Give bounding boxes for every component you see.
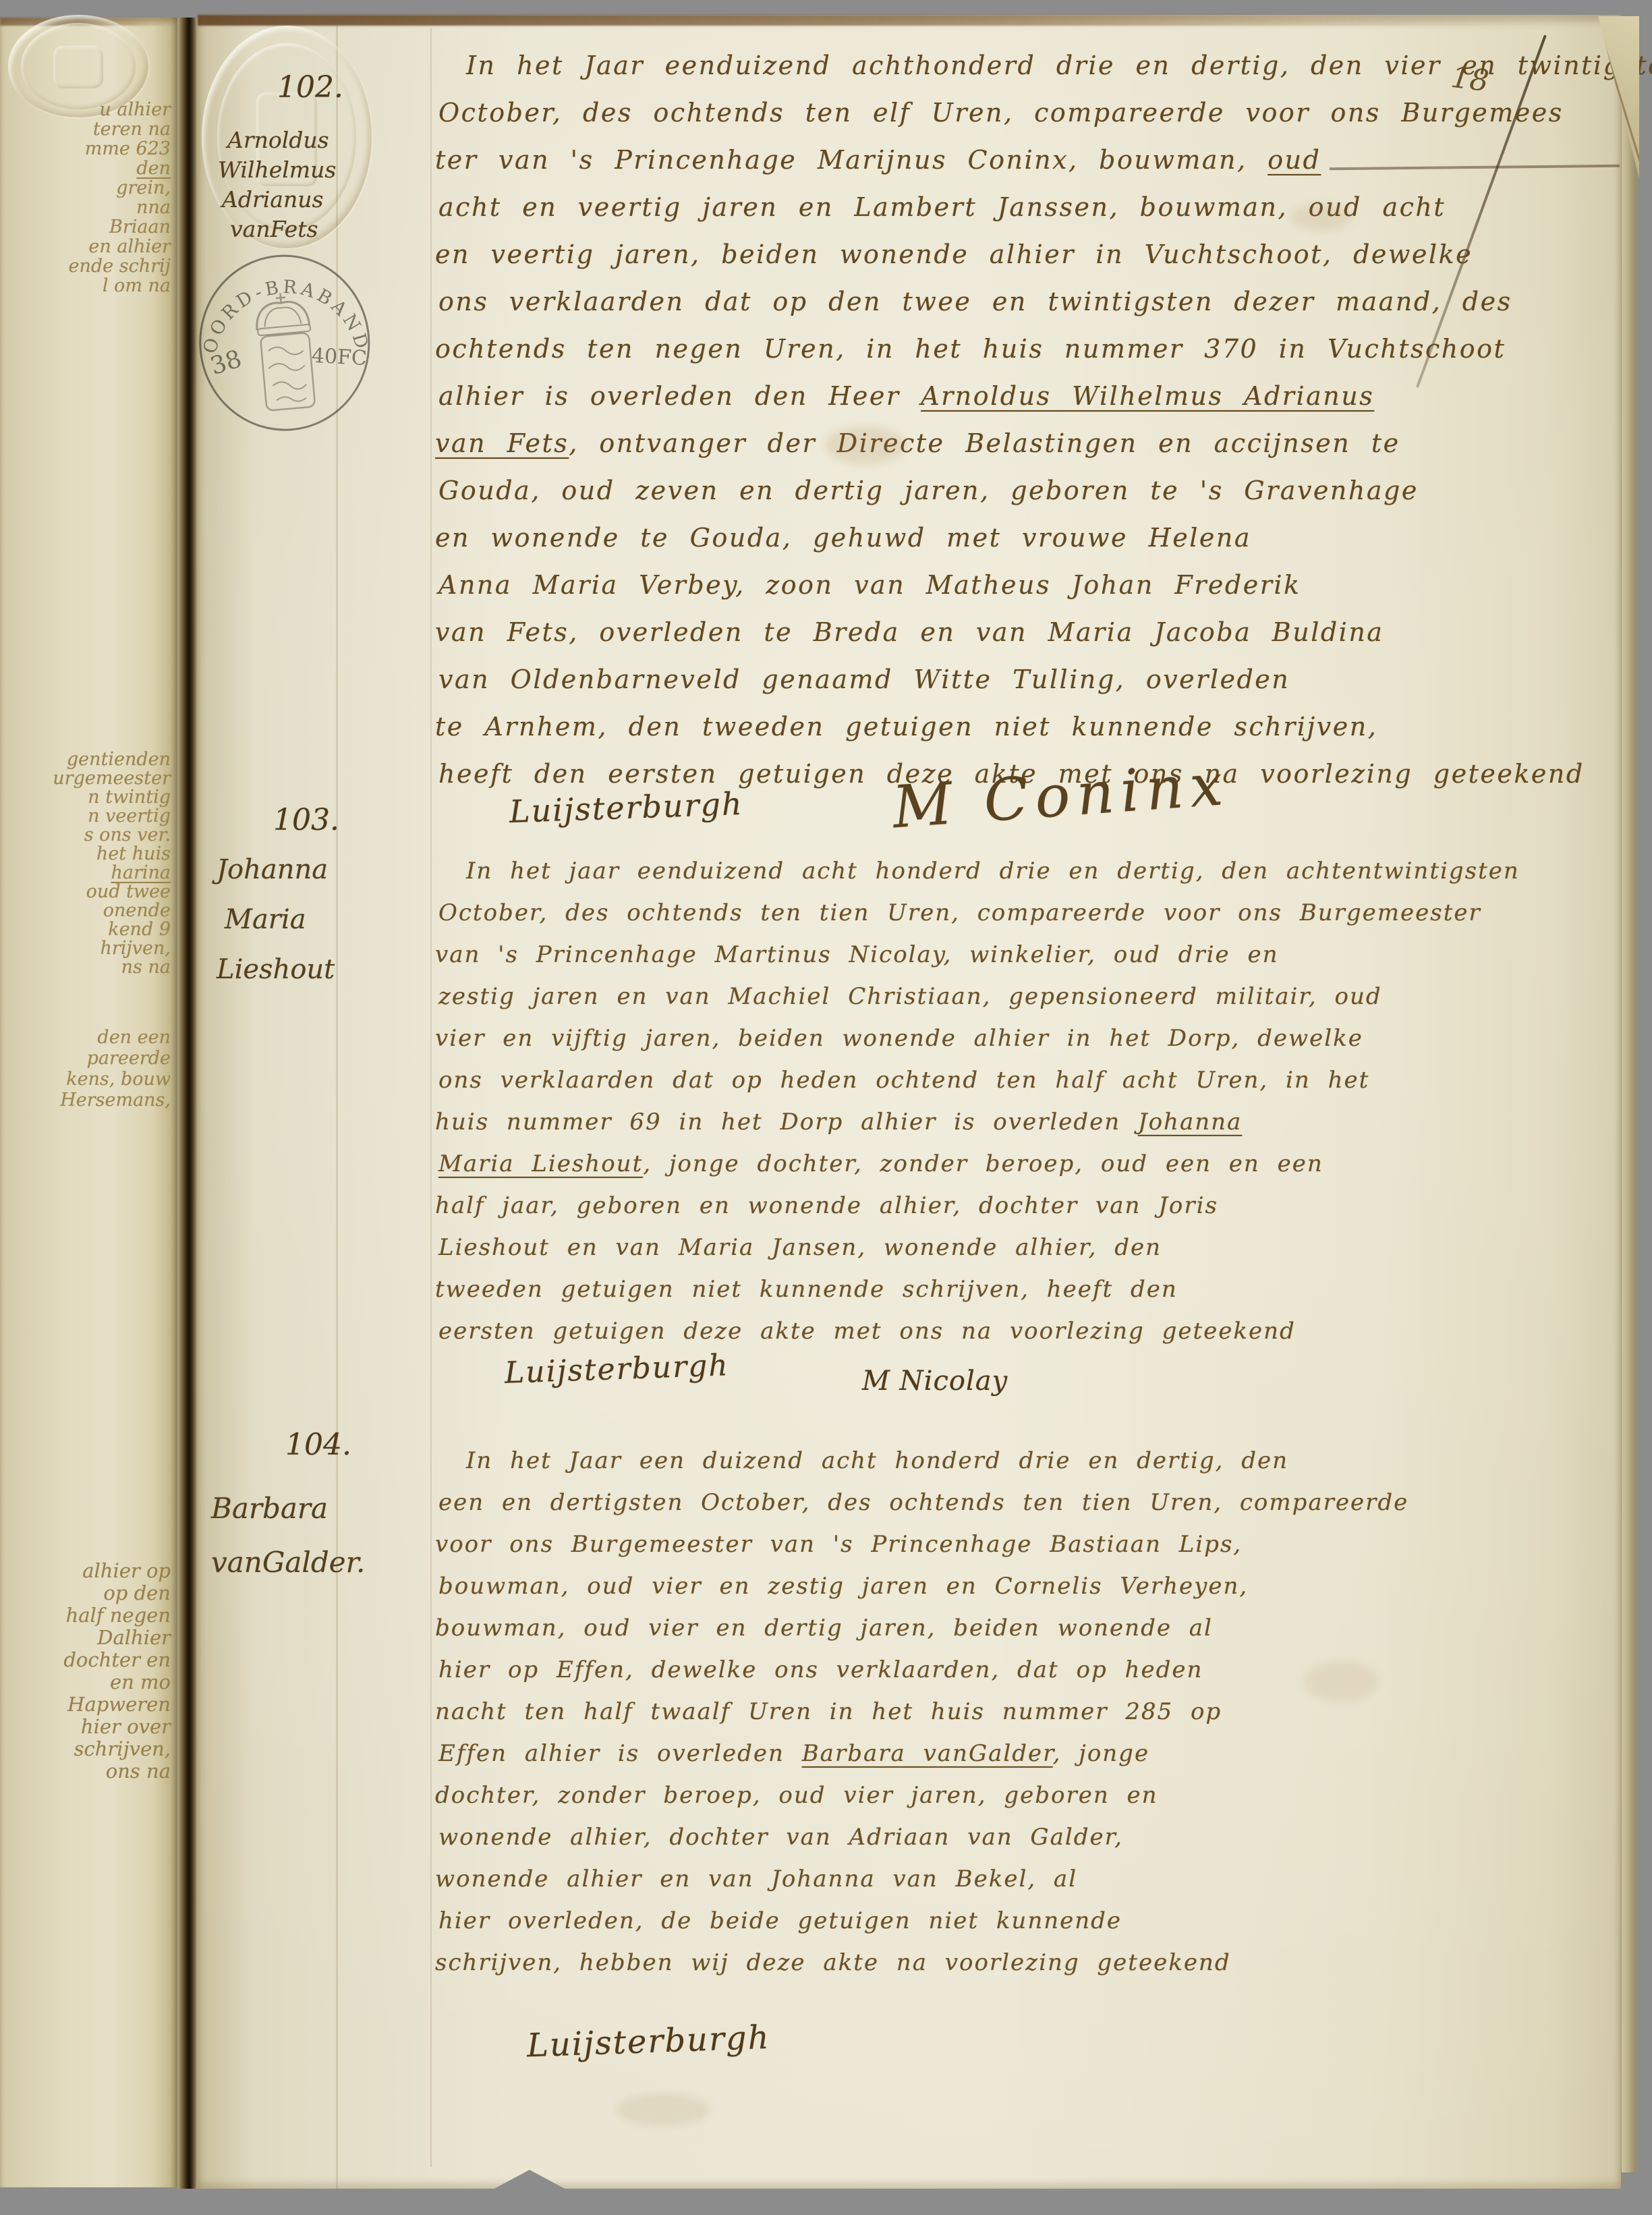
margin-name-line: vanGalder. — [211, 1536, 365, 1590]
margin-name-line: Arnoldus — [227, 125, 336, 155]
record-line: hier overleden, de beide getuigen niet k… — [438, 1900, 1639, 1942]
fragment-line: schrijven, — [0, 1738, 171, 1760]
fragment-line: Hapweren — [0, 1693, 171, 1716]
record-line: schrijven, hebben wij deze akte na voorl… — [435, 1942, 1636, 1984]
record-line: van Fets, overleden te Breda en van Mari… — [435, 609, 1636, 656]
record-line: ons verklaarden dat op den twee en twint… — [438, 278, 1639, 325]
fragment-line: onende — [0, 901, 171, 920]
facing-page: u alhier teren na mme 623 den grein, nna… — [0, 18, 177, 2187]
signature: Luijsterburgh — [504, 1348, 729, 1391]
fragment-line: den — [0, 159, 171, 178]
margin-name-line: Wilhelmus — [218, 155, 336, 185]
record-line: bouwman, oud vier en dertig jaren, beide… — [435, 1607, 1636, 1649]
record-line: en wonende te Gouda, gehuwd met vrouwe H… — [435, 514, 1636, 561]
fragment-line: alhier op — [0, 1560, 171, 1582]
record-line: en veertig jaren, beiden wonende alhier … — [435, 231, 1636, 278]
fragment-line: kens, bouw — [0, 1069, 171, 1090]
fragment-line: kend 9 — [0, 920, 171, 939]
entry-body: In het Jaar eenduizend achthonderd drie … — [435, 42, 1636, 797]
record-line: October, des ochtends ten elf Uren, comp… — [438, 89, 1639, 136]
fragment-line: en mo — [0, 1671, 171, 1693]
fragment-line: den een — [0, 1027, 171, 1048]
paper-stain — [1304, 1661, 1378, 1702]
page-top-shadow — [198, 15, 1621, 26]
margin-name-line: vanFets — [230, 215, 336, 244]
record-line: van Fets, ontvanger der Directe Belastin… — [435, 420, 1636, 467]
record-line: tweeden getuigen niet kunnende schrijven… — [435, 1268, 1636, 1310]
record-line: hier op Effen, dewelke ons verklaarden, … — [438, 1649, 1639, 1691]
entry-number: 102. — [277, 70, 343, 105]
margin-name: Arnoldus Wilhelmus Adrianus vanFets — [218, 125, 336, 244]
fragment-line: s ons ver. — [0, 826, 171, 845]
fragment-line: u alhier — [0, 100, 171, 119]
record-line: van 's Princenhage Martinus Nicolay, win… — [435, 934, 1636, 976]
fragment-line: teren na — [0, 119, 171, 139]
record-line: huis nummer 69 in het Dorp alhier is ove… — [435, 1101, 1636, 1143]
facing-page-text-block: gentienden urgemeester n twintig n veert… — [0, 750, 171, 977]
fragment-line: urgemeester — [0, 769, 171, 788]
record-line: voor ons Burgemeester van 's Princenhage… — [435, 1523, 1636, 1565]
fragment-line: ons na — [0, 1760, 171, 1783]
entry-body: In het jaar eenduizend acht honderd drie… — [435, 850, 1636, 1352]
record-line: een en dertigsten October, des ochtends … — [438, 1482, 1639, 1523]
page-stack-edge — [1621, 27, 1639, 2172]
record-line: bouwman, oud vier en zestig jaren en Cor… — [438, 1565, 1639, 1607]
margin-name: Barbara vanGalder. — [211, 1482, 365, 1590]
margin-name-line: Barbara — [211, 1482, 365, 1536]
fragment-line: grein, — [0, 178, 171, 198]
fragment-line: half negen — [0, 1604, 171, 1627]
record-line: ochtends ten negen Uren, in het huis num… — [435, 325, 1636, 372]
entry-number: 103. — [273, 803, 339, 837]
noord-braband-stamp-icon: NOORD-BRABAND. 38 40FC — [189, 245, 382, 443]
record-line: wonende alhier, dochter van Adriaan van … — [438, 1816, 1639, 1858]
scanned-register-page: u alhier teren na mme 623 den grein, nna… — [0, 0, 1652, 2215]
fragment-line: n veertig — [0, 807, 171, 826]
signature: M Nicolay — [862, 1366, 1008, 1397]
record-line: alhier is overleden den Heer Arnoldus Wi… — [438, 372, 1639, 420]
fragment-line: oud twee — [0, 882, 171, 901]
entry-body: In het Jaar een duizend acht honderd dri… — [435, 1440, 1636, 1984]
margin-name-line: Lieshout — [217, 945, 335, 994]
register-page: NOORD-BRABAND. 38 40FC 18 102. Arnoldus … — [198, 15, 1621, 2189]
fragment-line: op den — [0, 1582, 171, 1604]
record-line: ons verklaarden dat op heden ochtend ten… — [438, 1059, 1639, 1101]
binding-crease — [177, 18, 198, 2189]
fragment-line: dochter en — [0, 1649, 171, 1671]
record-line: eersten getuigen deze akte met ons na vo… — [438, 1310, 1639, 1352]
fragment-line: hrijven, — [0, 939, 171, 958]
fragment-line: Briaan — [0, 217, 171, 237]
fragment-line: pareerde — [0, 1048, 171, 1069]
fragment-line: ns na — [0, 958, 171, 977]
record-line: dochter, zonder beroep, oud vier jaren, … — [435, 1774, 1636, 1816]
record-line: Lieshout en van Maria Jansen, wonende al… — [438, 1227, 1639, 1268]
record-line: Gouda, oud zeven en dertig jaren, gebore… — [438, 467, 1639, 514]
facing-page-text-block: u alhier teren na mme 623 den grein, nna… — [0, 100, 171, 296]
paper-stain — [1290, 204, 1351, 231]
record-line: In het jaar eenduizend acht honderd drie… — [435, 850, 1636, 892]
facing-page-text-block: alhier op op den half negen Dalhier doch… — [0, 1560, 171, 1783]
record-line: half jaar, geboren en wonende alhier, do… — [435, 1185, 1636, 1227]
stamp-shield-icon — [260, 333, 315, 411]
fragment-line: mme 623 — [0, 139, 171, 159]
record-line: te Arnhem, den tweeden getuigen niet kun… — [435, 703, 1636, 750]
fragment-line: harina — [0, 864, 171, 882]
fragment-line: n twintig — [0, 788, 171, 807]
fragment-line: hier over — [0, 1716, 171, 1738]
margin-name: Johanna Maria Lieshout — [217, 845, 335, 994]
record-line: van Oldenbarneveld genaamd Witte Tulling… — [438, 656, 1639, 703]
record-line: wonende alhier en van Johanna van Bekel,… — [435, 1858, 1636, 1900]
record-line: October, des ochtends ten tien Uren, com… — [438, 892, 1639, 934]
fragment-line: en alhier — [0, 237, 171, 256]
record-line: nacht ten half twaalf Uren in het huis n… — [435, 1691, 1636, 1733]
signature: Luijsterburgh — [526, 2019, 770, 2065]
record-line: vier en vijftig jaren, beiden wonende al… — [435, 1017, 1636, 1059]
fragment-line: het huis — [0, 845, 171, 864]
record-line: In het Jaar een duizend acht honderd dri… — [435, 1440, 1636, 1482]
record-line: In het Jaar eenduizend achthonderd drie … — [435, 42, 1636, 89]
fragment-line: l om na — [0, 276, 171, 296]
fragment-line: gentienden — [0, 750, 171, 769]
fragment-line: Dalhier — [0, 1627, 171, 1649]
paper-stain — [825, 426, 906, 464]
record-line: ter van 's Princenhage Marijnus Coninx, … — [435, 136, 1636, 184]
record-line: Anna Maria Verbey, zoon van Matheus Joha… — [438, 561, 1639, 609]
margin-rule-line — [430, 28, 432, 2167]
record-line: Effen alhier is overleden Barbara vanGal… — [438, 1733, 1639, 1774]
margin-name-line: Adrianus — [222, 185, 336, 215]
signature: Luijsterburgh — [509, 785, 743, 830]
record-line: Maria Lieshout, jonge dochter, zonder be… — [438, 1143, 1639, 1185]
record-line: zestig jaren en van Machiel Christiaan, … — [438, 976, 1639, 1017]
entry-number: 104. — [285, 1428, 351, 1462]
margin-name-line: Johanna — [217, 845, 335, 895]
paper-stain — [616, 2093, 710, 2127]
stamp-right-value: 40FC — [311, 344, 368, 370]
fragment-line: ende schrij — [0, 256, 171, 276]
margin-name-line: Maria — [225, 895, 335, 945]
facing-page-text-block: den een pareerde kens, bouw Hersemans, — [0, 1027, 171, 1111]
record-line: acht en veertig jaren en Lambert Janssen… — [438, 184, 1639, 231]
fragment-line: Hersemans, — [0, 1090, 171, 1111]
fragment-line: nna — [0, 198, 171, 217]
